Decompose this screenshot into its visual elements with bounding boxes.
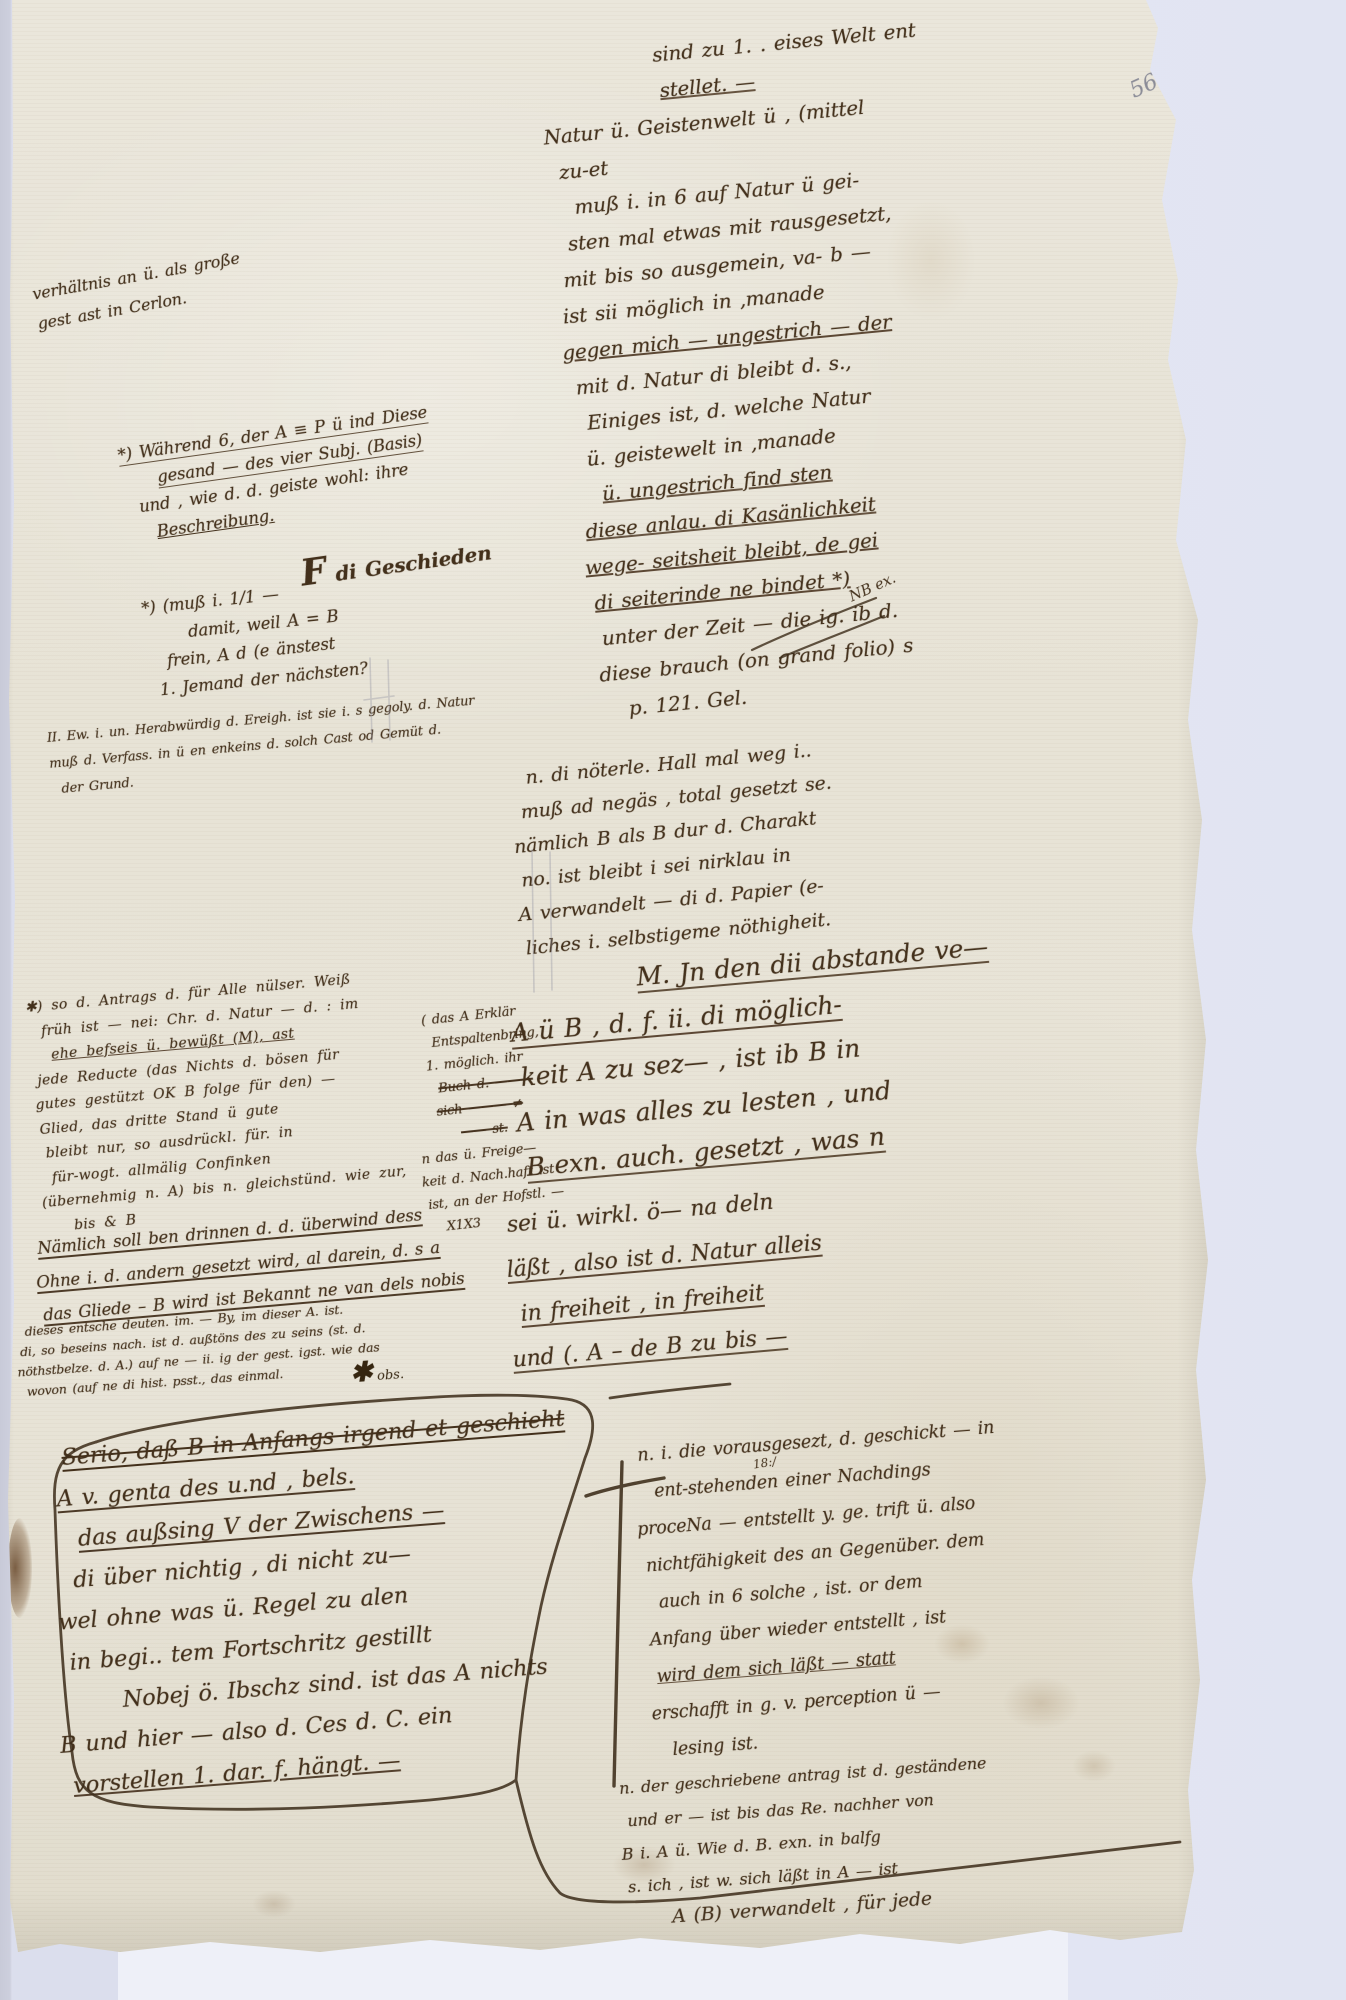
right-nota-paragraph: n. di nöterle. Hall mal weg i..muß ad ne… xyxy=(512,732,846,965)
right-top-paragraph: sind zu 1. . eises Welt entstellet. —Nat… xyxy=(535,12,979,729)
star-paragraph: ✱) so d. Antrags d. für Alle nülser. Wei… xyxy=(24,964,410,1240)
right-dagger-paragraph: n. i. die vorausgesezt, d. geschickt — i… xyxy=(636,1410,1019,1770)
waehrend-footnote: *) Während 6, der A ≡ P ü ind Diesegesan… xyxy=(116,399,440,549)
right-freiheit-paragraph: sei ü. wirkl. ö— na delnläßt , also ist … xyxy=(505,1176,831,1382)
manuscript-page: verhältnis an ü. als großegest ast in Ce… xyxy=(0,0,1220,1968)
boxed-paragraph: Serio, daß B in Anfangs irgend et geschi… xyxy=(60,1398,592,1805)
star-obs-mark: ✱ obs. xyxy=(349,1354,405,1389)
foxing-spot xyxy=(1072,1750,1116,1782)
ink-stain xyxy=(8,1518,32,1618)
foxing-spot xyxy=(252,1890,296,1918)
scan-canvas: verhältnis an ü. als großegest ast in Ce… xyxy=(0,0,1346,2000)
small-footnote: II. Ew. i. un. Herabwürdig d. Ereigh. is… xyxy=(46,689,480,804)
right-bottom-paragraph: n. der geschriebene antrag ist d. gestän… xyxy=(618,1746,996,1936)
page-number-pencil: 56 xyxy=(1126,69,1162,103)
right-m-paragraph: M. Jn den dii abstande ve—A ü B , d. f. … xyxy=(505,924,1005,1190)
note-top-annotation: verhältnis an ü. als großegest ast in Ce… xyxy=(30,244,247,340)
muss-footnote: *) (muß i. 1/1 —damit, weil A = Bfrein, … xyxy=(140,572,369,704)
